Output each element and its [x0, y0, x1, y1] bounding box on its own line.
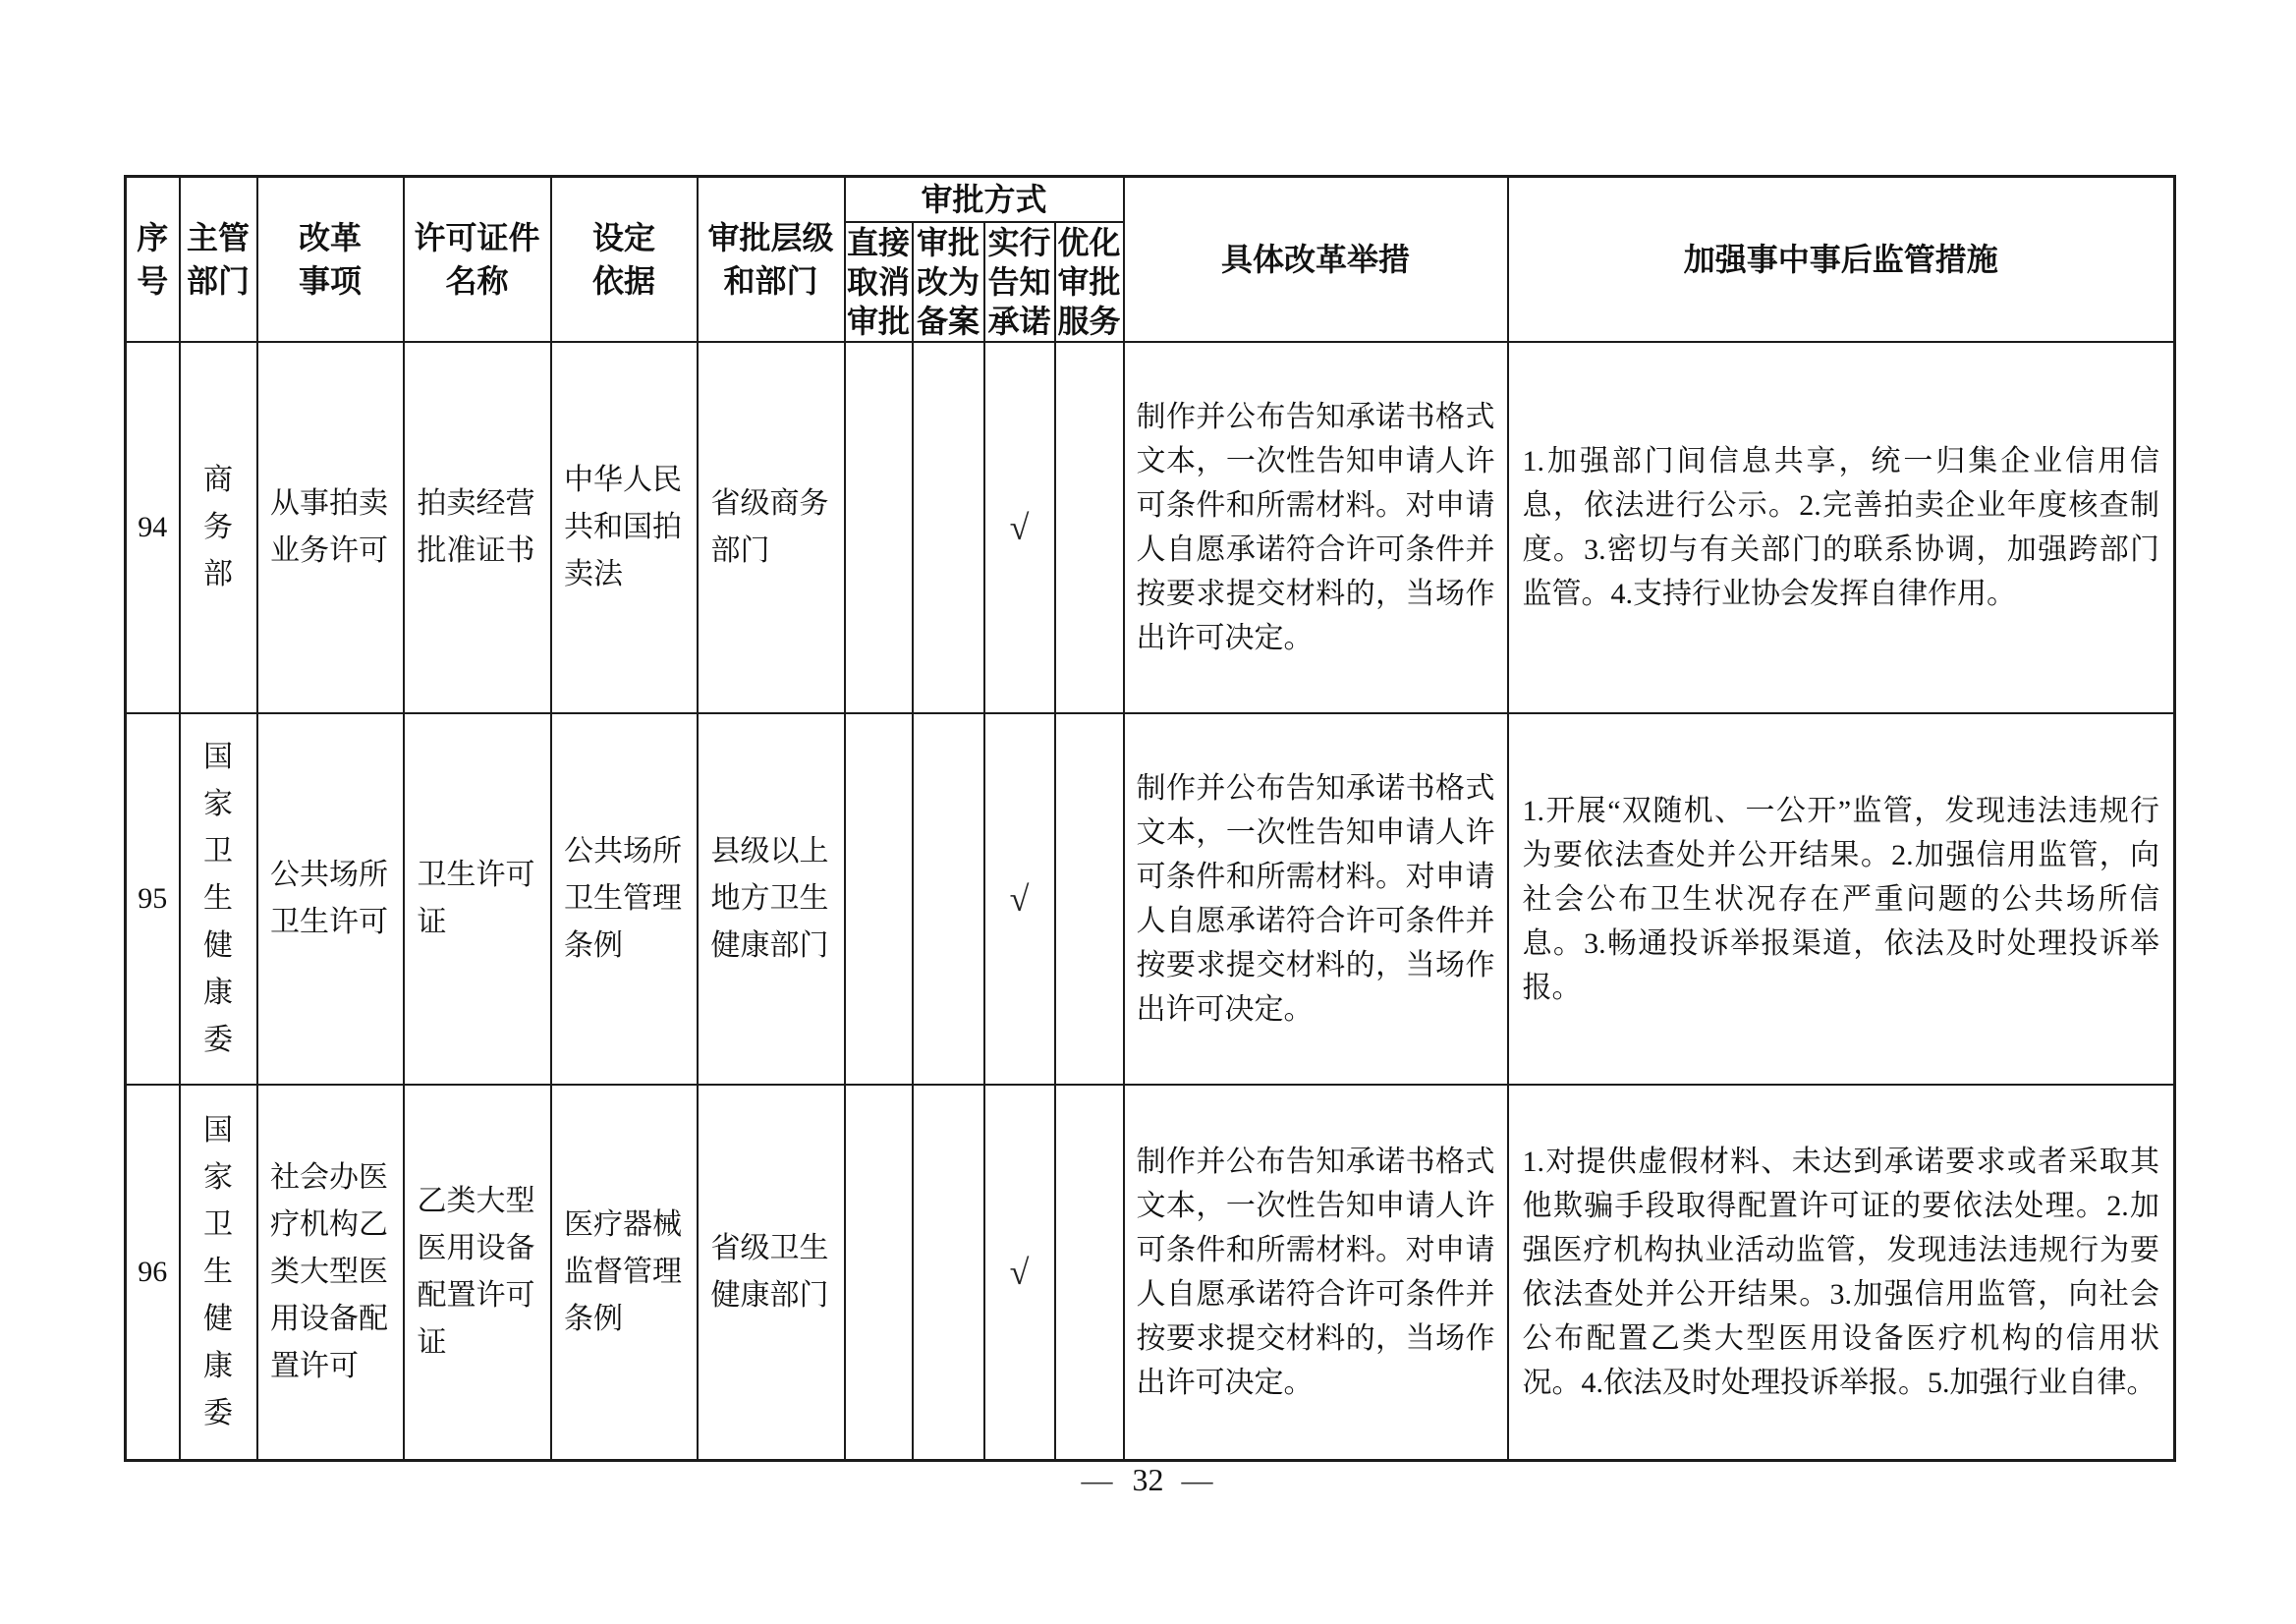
col-header-measures: 具体改革举措 — [1124, 177, 1508, 343]
cell-mark-change-to-filing — [913, 1085, 984, 1460]
reform-item-text: 社会办医疗机构乙类大型医用设备配置许可 — [270, 1154, 390, 1390]
cell-serial: 96 — [126, 1085, 180, 1460]
serial-number: 96 — [127, 1249, 179, 1296]
cell-department: 商务部 — [180, 342, 257, 713]
col-header-reform-item-label: 改革事项 — [295, 216, 365, 303]
checkmark-icon: √ — [1010, 508, 1030, 547]
cell-mark-direct-cancel — [845, 1085, 913, 1460]
measures-text: 制作并公布告知承诺书格式文本，一次性告知申请人许可条件和所需材料。对申请人自愿承… — [1137, 1140, 1495, 1405]
col-header-approval-level: 审批层级和部门 — [698, 177, 845, 343]
cell-measures: 制作并公布告知承诺书格式文本，一次性告知申请人许可条件和所需材料。对申请人自愿承… — [1124, 1085, 1508, 1460]
reform-item-text: 从事拍卖业务许可 — [270, 480, 390, 575]
cell-license-name: 乙类大型医用设备配置许可证 — [404, 1085, 551, 1460]
checkmark-icon: √ — [1010, 879, 1030, 919]
cell-serial: 95 — [126, 713, 180, 1085]
col-header-license-name: 许可证件名称 — [404, 177, 551, 343]
measures-text: 制作并公布告知承诺书格式文本，一次性告知申请人许可条件和所需材料。对申请人自愿承… — [1137, 395, 1495, 660]
cell-reform-item: 社会办医疗机构乙类大型医用设备配置许可 — [257, 1085, 404, 1460]
cell-department: 国家卫生健康委 — [180, 1085, 257, 1460]
supervision-text: 1.对提供虚假材料、未达到承诺要求或者采取其他欺骗手段取得配置许可证的要依法处理… — [1523, 1140, 2160, 1405]
department-text: 国家卫生健康委 — [202, 734, 234, 1064]
cell-approval-level: 省级商务部门 — [698, 342, 845, 713]
cell-legal-basis: 中华人民共和国拍卖法 — [551, 342, 698, 713]
approval-level-text: 省级卫生健康部门 — [711, 1225, 831, 1319]
cell-legal-basis: 医疗器械监督管理条例 — [551, 1085, 698, 1460]
col-header-optimize-service-label: 优化审批服务 — [1057, 223, 1122, 341]
page-number-value: 32 — [1133, 1462, 1164, 1497]
cell-mark-notification-commitment: √ — [984, 1085, 1055, 1460]
supervision-text: 1.开展“双随机、一公开”监管，发现违法违规行为要依法查处并公开结果。2.加强信… — [1523, 789, 2160, 1010]
page-number: —32— — [0, 1462, 2296, 1498]
table-row-95: 95 国家卫生健康委 公共场所卫生许可 卫生许可证 公共场所卫生管理条例 县级以… — [126, 713, 2175, 1085]
cell-approval-level: 县级以上地方卫生健康部门 — [698, 713, 845, 1085]
legal-basis-text: 中华人民共和国拍卖法 — [564, 457, 684, 598]
department-text: 商务部 — [202, 457, 234, 598]
license-name-text: 乙类大型医用设备配置许可证 — [418, 1178, 537, 1367]
cell-mark-change-to-filing — [913, 342, 984, 713]
col-header-notification-commitment: 实行告知承诺 — [984, 222, 1055, 342]
col-header-license-name-label: 许可证件名称 — [409, 216, 546, 303]
cell-mark-direct-cancel — [845, 342, 913, 713]
cell-measures: 制作并公布告知承诺书格式文本，一次性告知申请人许可条件和所需材料。对申请人自愿承… — [1124, 713, 1508, 1085]
col-header-reform-item: 改革事项 — [257, 177, 404, 343]
cell-department: 国家卫生健康委 — [180, 713, 257, 1085]
col-header-direct-cancel: 直接取消审批 — [845, 222, 913, 342]
cell-supervision: 1.开展“双随机、一公开”监管，发现违法违规行为要依法查处并公开结果。2.加强信… — [1508, 713, 2175, 1085]
page-number-left-dash: — — [1082, 1462, 1115, 1497]
cell-supervision: 1.对提供虚假材料、未达到承诺要求或者采取其他欺骗手段取得配置许可证的要依法处理… — [1508, 1085, 2175, 1460]
supervision-text: 1.加强部门间信息共享，统一归集企业信用信息，依法进行公示。2.完善拍卖企业年度… — [1523, 439, 2160, 616]
approval-items-table: 序号 主管部门 改革事项 许可证件名称 设定依据 审批层级和部门 审批方式 — [124, 175, 2176, 1462]
col-header-change-to-filing-label: 审批改为备案 — [916, 223, 980, 341]
col-header-legal-basis-label: 设定依据 — [588, 216, 659, 303]
col-header-change-to-filing: 审批改为备案 — [913, 222, 984, 342]
measures-text: 制作并公布告知承诺书格式文本，一次性告知申请人许可条件和所需材料。对申请人自愿承… — [1137, 766, 1495, 1032]
license-name-text: 拍卖经营批准证书 — [418, 480, 537, 575]
col-header-optimize-service: 优化审批服务 — [1055, 222, 1124, 342]
approval-level-text: 县级以上地方卫生健康部门 — [711, 828, 831, 970]
cell-mark-direct-cancel — [845, 713, 913, 1085]
approval-level-text: 省级商务部门 — [711, 480, 831, 575]
table-row-94: 94 商务部 从事拍卖业务许可 拍卖经营批准证书 中华人民共和国拍卖法 省级商务… — [126, 342, 2175, 713]
cell-mark-change-to-filing — [913, 713, 984, 1085]
cell-approval-level: 省级卫生健康部门 — [698, 1085, 845, 1460]
cell-reform-item: 公共场所卫生许可 — [257, 713, 404, 1085]
cell-mark-notification-commitment: √ — [984, 342, 1055, 713]
cell-license-name: 卫生许可证 — [404, 713, 551, 1085]
checkmark-icon: √ — [1010, 1253, 1030, 1292]
cell-reform-item: 从事拍卖业务许可 — [257, 342, 404, 713]
legal-basis-text: 公共场所卫生管理条例 — [564, 828, 684, 970]
document-page: 序号 主管部门 改革事项 许可证件名称 设定依据 审批层级和部门 审批方式 — [0, 0, 2296, 1624]
col-header-serial-label: 序号 — [135, 216, 170, 303]
cell-measures: 制作并公布告知承诺书格式文本，一次性告知申请人许可条件和所需材料。对申请人自愿承… — [1124, 342, 1508, 713]
col-header-approval-method-group: 审批方式 — [845, 177, 1124, 223]
cell-mark-notification-commitment: √ — [984, 713, 1055, 1085]
cell-supervision: 1.加强部门间信息共享，统一归集企业信用信息，依法进行公示。2.完善拍卖企业年度… — [1508, 342, 2175, 713]
col-header-approval-level-label: 审批层级和部门 — [702, 216, 840, 303]
col-header-supervision: 加强事中事后监管措施 — [1508, 177, 2175, 343]
cell-serial: 94 — [126, 342, 180, 713]
serial-number: 94 — [127, 504, 179, 551]
reform-item-text: 公共场所卫生许可 — [270, 852, 390, 946]
cell-legal-basis: 公共场所卫生管理条例 — [551, 713, 698, 1085]
col-header-serial: 序号 — [126, 177, 180, 343]
cell-mark-optimize-service — [1055, 1085, 1124, 1460]
page-number-right-dash: — — [1182, 1462, 1215, 1497]
legal-basis-text: 医疗器械监督管理条例 — [564, 1202, 684, 1343]
col-header-direct-cancel-label: 直接取消审批 — [846, 223, 911, 341]
cell-mark-optimize-service — [1055, 342, 1124, 713]
col-header-notification-commitment-label: 实行告知承诺 — [987, 223, 1052, 341]
license-name-text: 卫生许可证 — [418, 852, 537, 946]
col-header-department-label: 主管部门 — [183, 216, 253, 303]
cell-mark-optimize-service — [1055, 713, 1124, 1085]
table-row-96: 96 国家卫生健康委 社会办医疗机构乙类大型医用设备配置许可 乙类大型医用设备配… — [126, 1085, 2175, 1460]
col-header-department: 主管部门 — [180, 177, 257, 343]
cell-license-name: 拍卖经营批准证书 — [404, 342, 551, 713]
col-header-legal-basis: 设定依据 — [551, 177, 698, 343]
department-text: 国家卫生健康委 — [202, 1107, 234, 1437]
serial-number: 95 — [127, 875, 179, 923]
